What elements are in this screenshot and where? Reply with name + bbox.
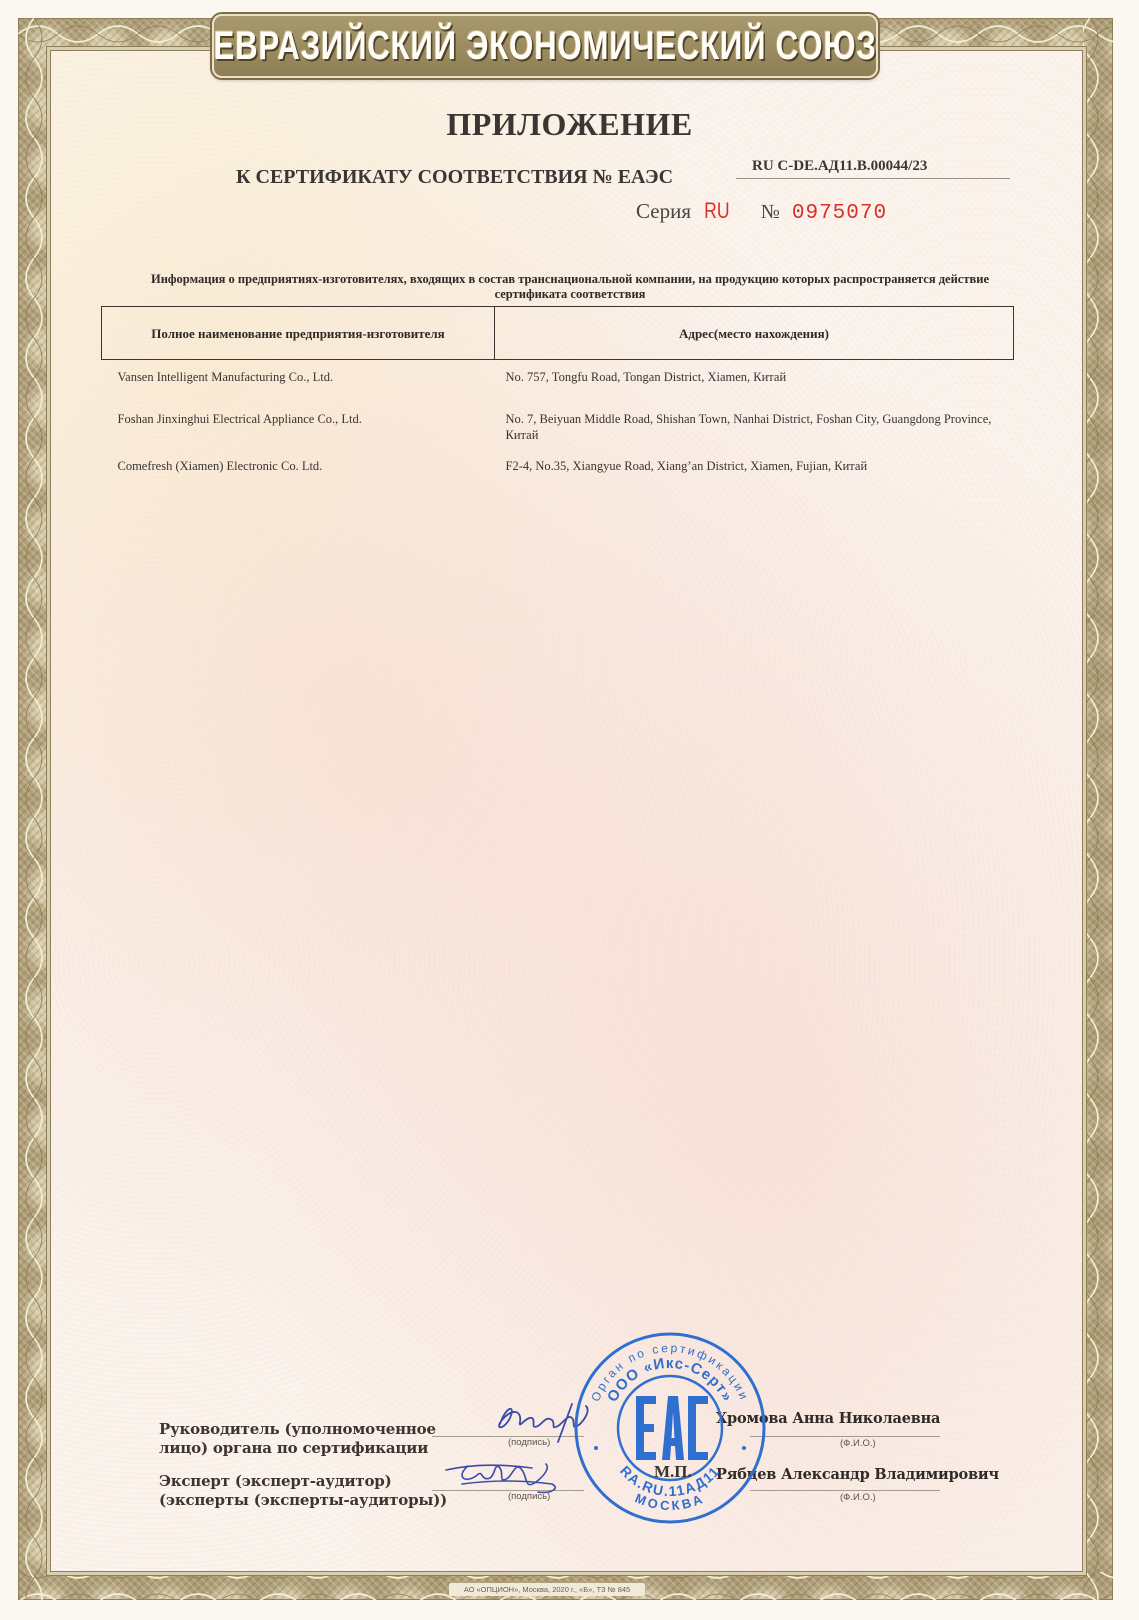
- manufacturers-table: Полное наименование предприятия-изготови…: [101, 306, 1014, 474]
- certification-stamp-icon: Орган по сертификации ООО «Икс-Серт» RA.…: [570, 1328, 770, 1528]
- printer-imprint: АО «ОПЦИОН», Москва, 2020 г., «Б», ТЗ № …: [449, 1583, 645, 1596]
- certificate-label: К СЕРТИФИКАТУ СООТВЕТСТВИЯ № ЕАЭС: [236, 166, 673, 189]
- table-row: Vansen Intelligent Manufacturing Co., Lt…: [102, 360, 1014, 412]
- form-number: 0975070: [792, 202, 887, 225]
- series-label: Серия: [636, 199, 691, 224]
- expert-name-line: [750, 1490, 940, 1491]
- eac-logo-icon: [636, 1396, 708, 1460]
- table-row: Comefresh (Xiamen) Electronic Co. Ltd. F…: [102, 456, 1014, 474]
- head-name-line: [750, 1436, 940, 1437]
- table-header-row: Полное наименование предприятия-изготови…: [102, 307, 1014, 360]
- expert-name-caption: (Ф.И.О.): [840, 1492, 876, 1503]
- form-number-label: №: [761, 201, 780, 224]
- manufacturer-address: F2-4, No.35, Xiangyue Road, Xiang’an Dis…: [495, 456, 1014, 474]
- head-signatory-label: Руководитель (уполномоченное лицо) орган…: [159, 1420, 436, 1458]
- certificate-number: RU С-DE.АД11.В.00044/23: [736, 158, 1010, 179]
- union-banner: ЕВРАЗИЙСКИЙ ЭКОНОМИЧЕСКИЙ СОЮЗ: [212, 14, 878, 78]
- column-header-name: Полное наименование предприятия-изготови…: [102, 307, 495, 360]
- series-line: Серия RU № 0975070: [636, 198, 887, 225]
- series-value: RU: [704, 198, 729, 224]
- manufacturer-name: Foshan Jinxinghui Electrical Appliance C…: [102, 411, 495, 456]
- seal-placeholder-label: М.П.: [654, 1462, 692, 1482]
- table-row: Foshan Jinxinghui Electrical Appliance C…: [102, 411, 1014, 456]
- expert-signatory-label: Эксперт (эксперт-аудитор) (эксперты (экс…: [159, 1472, 447, 1510]
- head-name-caption: (Ф.И.О.): [840, 1438, 876, 1449]
- union-name: ЕВРАЗИЙСКИЙ ЭКОНОМИЧЕСКИЙ СОЮЗ: [213, 24, 876, 69]
- manufacturer-address: No. 7, Beiyuan Middle Road, Shishan Town…: [495, 411, 1014, 456]
- manufacturers-info-heading: Информация о предприятиях-изготовителях,…: [130, 272, 1010, 302]
- manufacturer-name: Vansen Intelligent Manufacturing Co., Lt…: [102, 360, 495, 412]
- column-header-address: Адрес(место нахождения): [495, 307, 1014, 360]
- certificate-frame: [18, 18, 1113, 1600]
- manufacturer-address: No. 757, Tongfu Road, Tongan District, X…: [495, 360, 1014, 412]
- page-title: ПРИЛОЖЕНИЕ: [0, 106, 1139, 143]
- expert-signature-icon: [442, 1450, 572, 1500]
- manufacturer-name: Comefresh (Xiamen) Electronic Co. Ltd.: [102, 456, 495, 474]
